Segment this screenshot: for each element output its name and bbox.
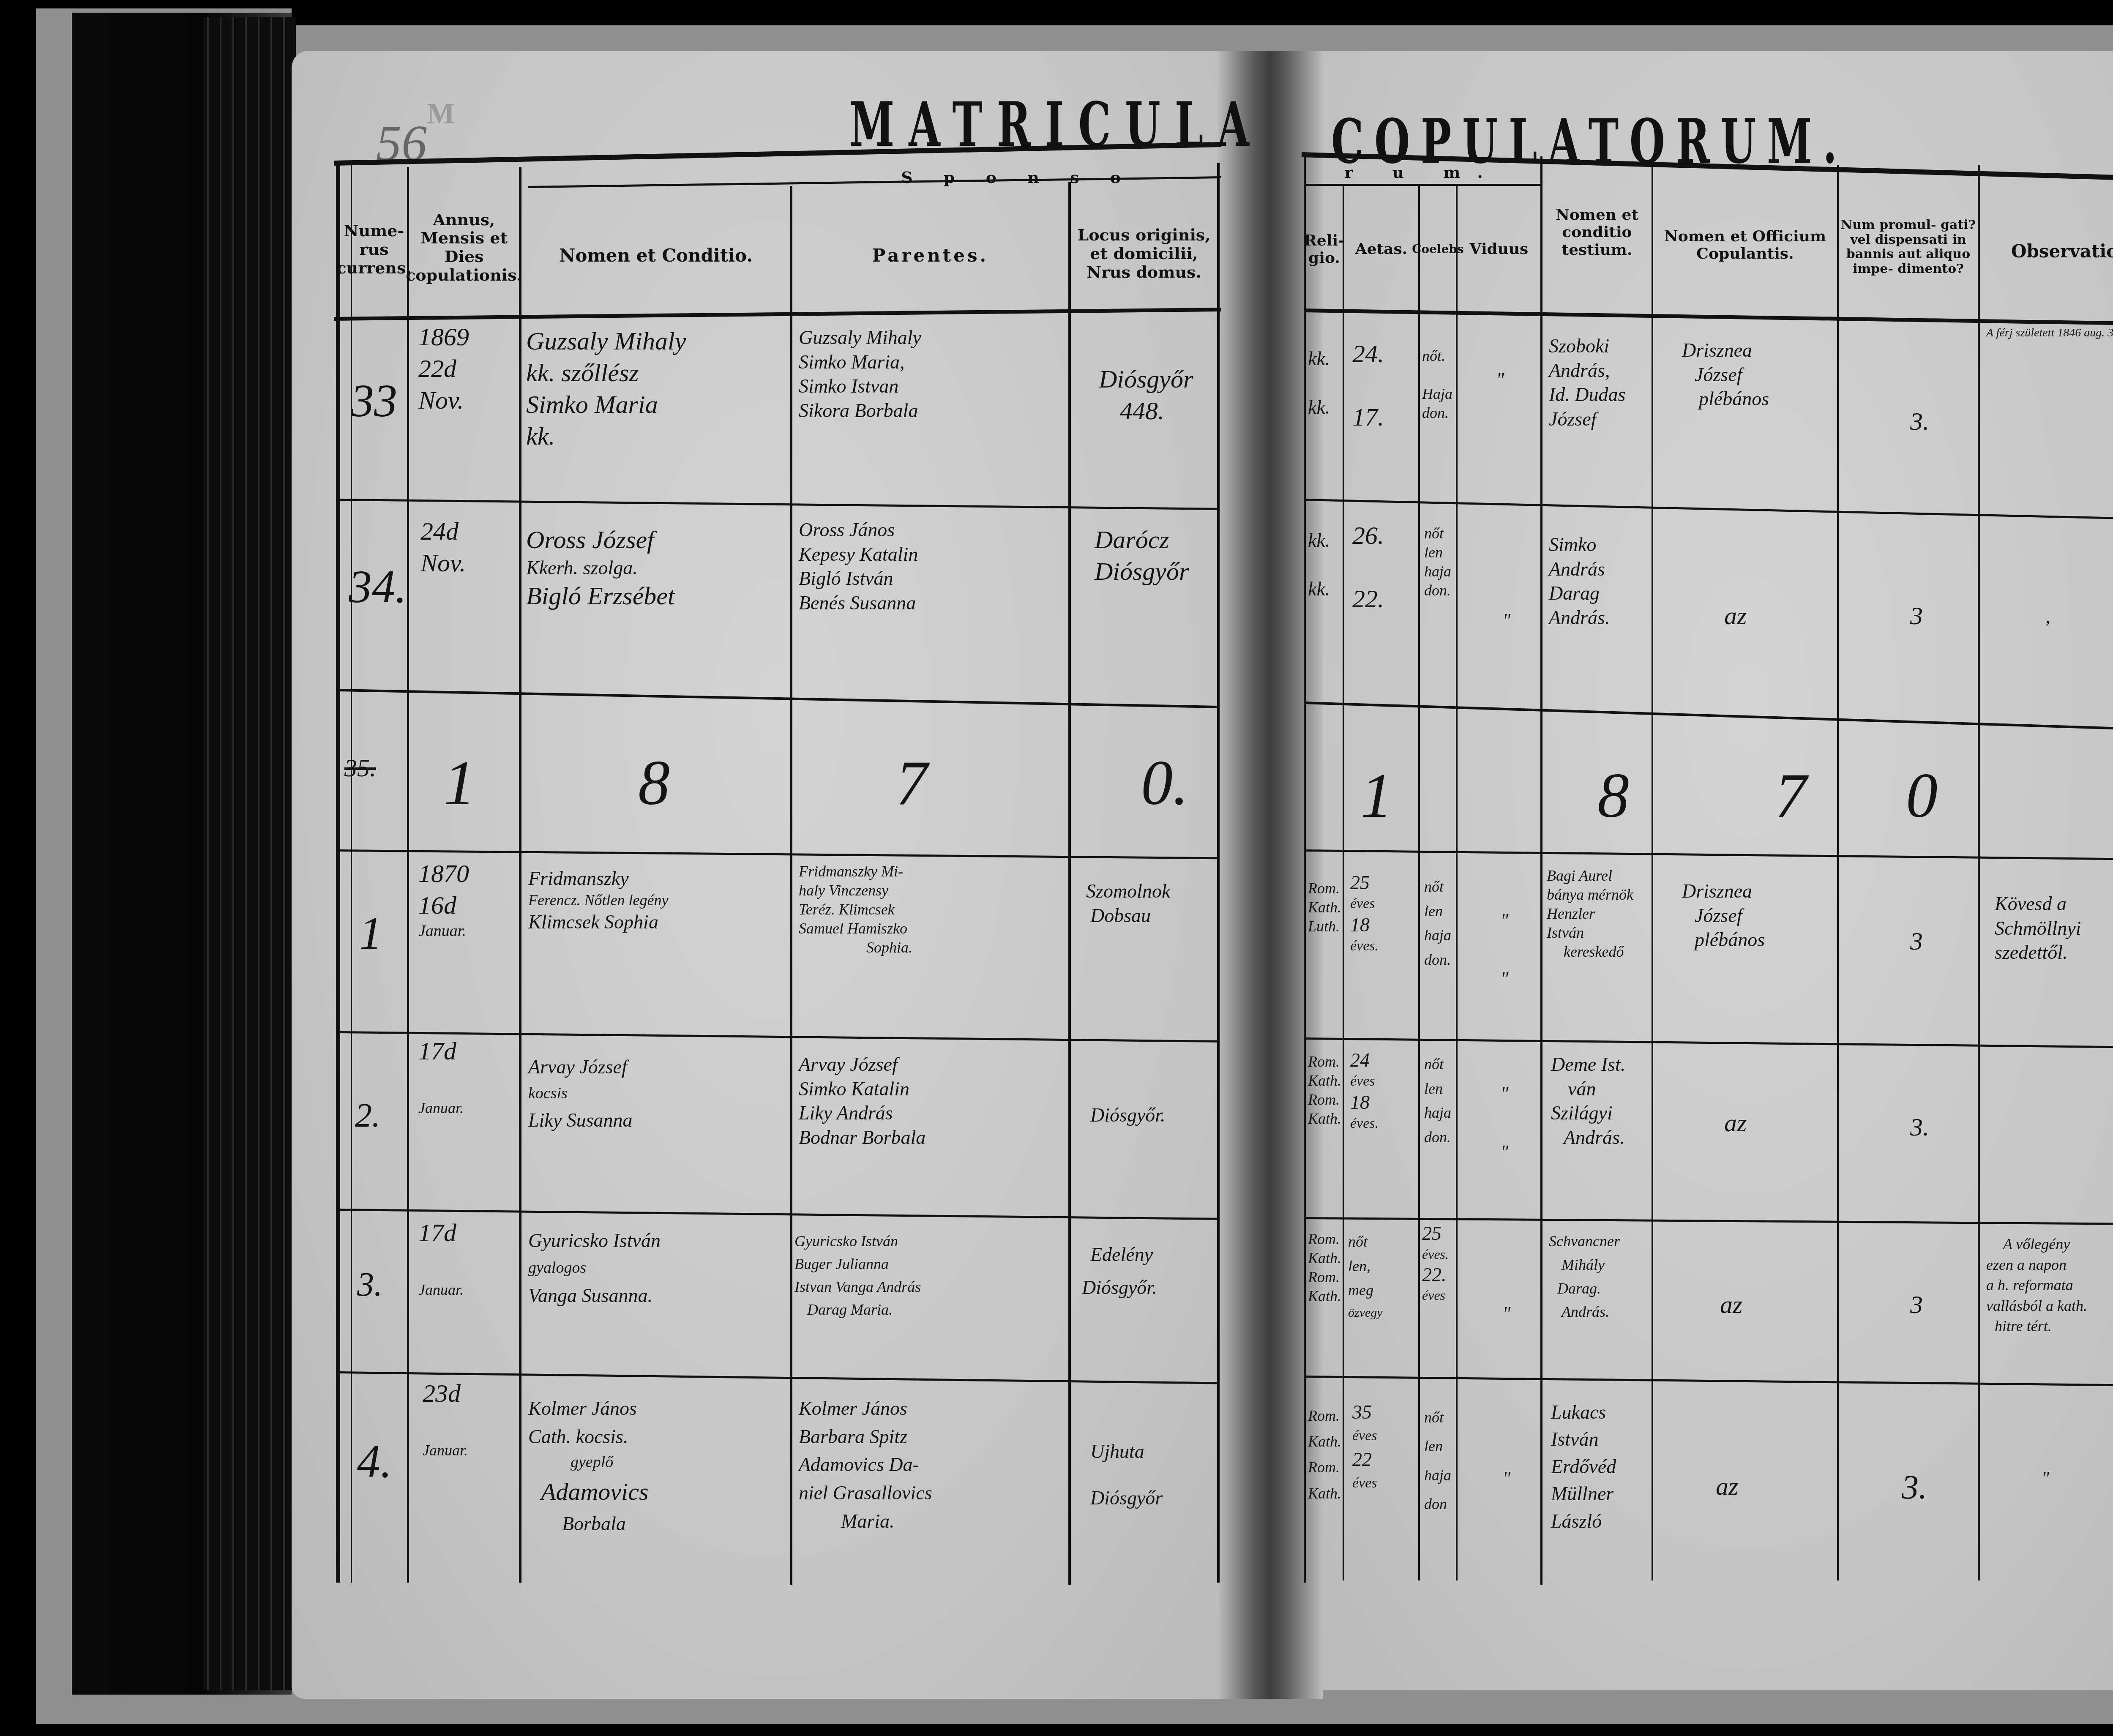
header-parentes: Parentes. (792, 194, 1068, 317)
year-divider-digit: 0. (1141, 744, 1189, 823)
entry-4-testes: Lukacs István Erdővéd Müllner László (1551, 1399, 1616, 1535)
year-divider-digit: 7 (1775, 756, 1807, 836)
entry-3-copulans: az (1720, 1289, 1742, 1321)
header-sponsorum-left: S p o n s o- (858, 167, 1196, 188)
entry-4-numerus: 4. (357, 1433, 392, 1491)
entry-34-nomen: Oross József Kkerh. szolga. Bigló Erzséb… (526, 524, 675, 612)
entry-34-promulgati: 3 (1910, 600, 1923, 632)
header-viduus: Viduus (1458, 190, 1540, 308)
entry-33-promulgati: 3. (1910, 406, 1929, 437)
entry-33-testes: Szoboki András, Id. Dudas József (1549, 334, 1625, 431)
entry-4-coelebs: nőt len haja don (1424, 1403, 1451, 1519)
entry-1-locus: Szomolnok Dobsau (1086, 879, 1170, 928)
col-divider-copulans (1837, 165, 1839, 1580)
col-divider-4 (1068, 182, 1071, 1585)
entry-3-date: 17d Januar. (418, 1217, 464, 1299)
header-testes: Nomen et conditio testium. (1542, 190, 1652, 275)
sponsorum-rule (1304, 184, 1540, 186)
entry-33-locus: Diósgyőr 448. (1099, 363, 1193, 427)
entry-2-locus: Diósgyőr. (1090, 1103, 1166, 1127)
col-divider-coelebs (1456, 186, 1458, 1580)
entry-2-date: 17d Januar. (418, 1035, 464, 1118)
entry-34-locus: Darócz Diósgyőr (1095, 524, 1189, 587)
entry-34-viduus: " (1502, 609, 1510, 633)
entry-1-religio: Rom. Kath. Luth. (1308, 879, 1341, 936)
entry-3-observationes: A vőlegény ezen a napon a h. reformata v… (1986, 1234, 2087, 1337)
header-coelebs: Coelebs (1420, 190, 1456, 308)
header-sponsorum-right: r u m. (1306, 161, 1538, 184)
entry-3-nomen: Gyuricsko István gyalogos Vanga Susanna. (528, 1226, 661, 1310)
col-divider-3 (790, 186, 792, 1585)
entry-33-religio: kk. kk. (1308, 347, 1330, 420)
col-divider-viduus (1540, 156, 1542, 1585)
entry-3-religio: Rom. Kath. Rom. Kath. (1308, 1230, 1341, 1306)
entry-4-date: 23d Januar. (423, 1378, 468, 1460)
entry-2-promulgati: 3. (1910, 1111, 1929, 1143)
entry-1-testes: Bagi Aurel bánya mérnök Henzler István k… (1547, 866, 1633, 961)
entry-2-copulans: az (1724, 1107, 1747, 1139)
header-nomen: Nomen et Conditio. (521, 194, 790, 317)
entry-2-aetas: 24 éves 18 éves. (1350, 1048, 1379, 1133)
entry-4-nomen: Kolmer János Cath. kocsis. gyeplő Adamov… (528, 1395, 649, 1538)
col-divider-aetas (1418, 186, 1420, 1580)
entry-34-observationes: , (2045, 604, 2050, 629)
col-divider-promulgati (1978, 165, 1980, 1580)
entry-2-coelebs: nőt len haja don. (1424, 1052, 1451, 1149)
col-divider-testes (1652, 161, 1653, 1580)
entry-33-date: 1869 22d Nov. (418, 321, 469, 416)
entry-1-nomen: Fridmanszky Ferencz. Nőtlen legény Klimc… (528, 866, 669, 934)
header-locus: Locus originis, et domicilii, Nrus domus… (1071, 192, 1217, 315)
entry-33-coelebs: nőt. Haja don. (1422, 347, 1452, 423)
year-divider-digit: 1 (444, 744, 475, 823)
entry-34-coelebs: nőt len haja don. (1424, 524, 1451, 600)
entry-3-coelebs-col: 25 éves. 22. éves (1422, 1221, 1449, 1304)
entry-4-promulgati: 3. (1902, 1466, 1927, 1509)
entry-33-copulans: Drisznea József plébános (1682, 338, 1769, 411)
entry-34-aetas: 26. 22. (1352, 520, 1384, 615)
entry-1-aetas: 25 éves 18 éves. (1350, 871, 1379, 955)
entry-4-parentes: Kolmer János Barbara Spitz Adamovics Da-… (799, 1395, 932, 1535)
right-page-border (1304, 154, 1306, 1583)
col-divider-religio (1343, 186, 1344, 1580)
entry-34-religio: kk. kk. (1308, 528, 1330, 601)
entry-1-parentes: Fridmanszky Mi- haly Vinczensy Teréz. Kl… (799, 862, 912, 957)
entry-34-testes: Simko András Darag András. (1549, 532, 1610, 630)
entry-3-aetas-col: nőt len, meg özvegy (1348, 1230, 1383, 1323)
entry-3-parentes: Gyuricsko István Buger Julianna Istvan V… (794, 1230, 921, 1321)
entry-1-promulgati: 3 (1910, 925, 1923, 957)
entry-35-numerus-struck: 35. (344, 752, 376, 784)
bleed-through-print: M (427, 97, 463, 131)
header-observationes: Observationis. (1980, 199, 2113, 304)
header-date: Annus, Mensis et Dies copulationis. (409, 177, 519, 317)
entry-1-viduus: " " (1500, 892, 1508, 1008)
entry-1-coelebs: nőt len haja don. (1424, 875, 1451, 972)
entry-1-numerus: 1 (359, 904, 382, 963)
entry-33-aetas: 24. 17. (1352, 338, 1384, 433)
entry-3-numerus: 3. (357, 1264, 382, 1306)
entry-33-viduus: " (1496, 368, 1504, 392)
header-numerus: Nume- rus currens. (340, 186, 408, 313)
page-stack-left (203, 17, 296, 1690)
entry-3-promulgati: 3 (1910, 1289, 1923, 1321)
entry-4-viduus: " (1502, 1466, 1510, 1491)
entry-33-observationes: A férj született 1846 aug. 3. (1986, 325, 2113, 340)
entry-33-nomen: Guzsaly Mihaly kk. szőllész Simko Maria … (526, 325, 686, 452)
top-shadow (292, 0, 2113, 25)
entry-3-locus: Edelény Diósgyőr. (1082, 1238, 1157, 1304)
left-border (336, 163, 340, 1583)
entry-33-parentes: Guzsaly Mihaly Simko Maria, Simko Istvan… (799, 325, 921, 423)
entry-3-viduus: " (1502, 1302, 1510, 1326)
entry-4-observationes: " (2041, 1466, 2049, 1491)
entry-2-religio: Rom. Kath. Rom. Kath. (1308, 1052, 1341, 1128)
entry-34-date: 24d Nov. (420, 516, 466, 579)
header-copulans: Nomen et Officium Copulantis. (1653, 199, 1837, 292)
entry-4-copulans: az (1716, 1471, 1738, 1502)
entry-34-parentes: Oross János Kepesy Katalin Bigló István … (799, 518, 918, 615)
header-aetas: Aetas. (1344, 190, 1418, 308)
header-promulgati: Num promul- gati? vel dispensati in bann… (1839, 186, 1978, 308)
header-religio: Reli- gio. (1306, 190, 1343, 308)
year-divider-digit: 7 (896, 744, 928, 823)
entry-4-locus: Ujhuta Diósgyőr (1090, 1428, 1163, 1522)
col-divider-2 (519, 167, 521, 1583)
entry-2-testes: Deme Ist. ván Szilágyi András. (1551, 1052, 1625, 1149)
year-divider-digit: 8 (1597, 756, 1629, 836)
col-divider-1 (407, 167, 409, 1583)
entry-4-aetas: 35 éves 22 éves (1352, 1399, 1377, 1493)
entry-1-copulans: Drisznea József plébános (1682, 879, 1765, 952)
entry-34-numerus: 34. (349, 558, 407, 616)
entry-4-religio: Rom. Kath. Rom. Kath. (1308, 1403, 1341, 1507)
entry-1-observationes: Kövesd a Schmöllnyi szedettől. (1995, 892, 2081, 965)
entry-2-nomen: Arvay József kocsis Liky Susanna (528, 1052, 633, 1135)
entry-33-numerus: 33 (351, 372, 397, 430)
entry-3-testes: Schvancner Mihály Darag. András. (1549, 1230, 1620, 1324)
right-border-left-page (1217, 163, 1220, 1583)
entry-1-date: 1870 16d Januar. (418, 858, 469, 942)
year-divider-digit: 0 (1906, 756, 1938, 836)
entry-2-viduus: " " (1500, 1065, 1508, 1182)
year-divider-digit: 8 (638, 744, 670, 823)
year-divider-digit: 1 (1361, 756, 1392, 836)
entry-34-copulans: az (1724, 600, 1747, 632)
entry-2-numerus: 2. (355, 1095, 380, 1137)
entry-2-parentes: Arvay József Simko Katalin Liky András B… (799, 1052, 925, 1149)
